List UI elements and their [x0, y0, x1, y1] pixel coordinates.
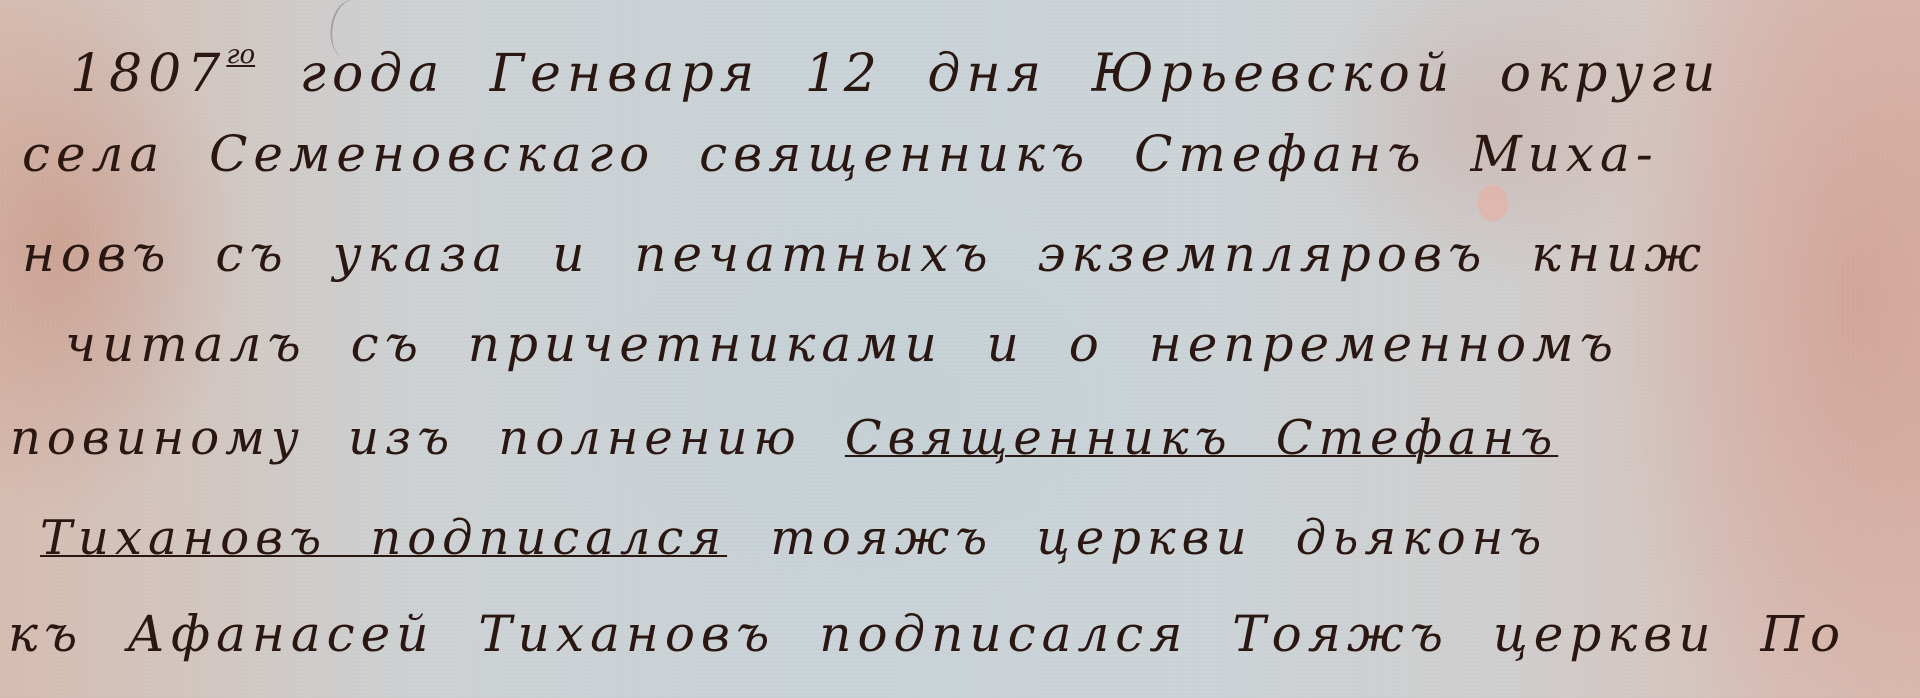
manuscript-line-4: читалъ съ причетниками и о непременномъ [65, 315, 1619, 373]
signature-continued: Тихановъ подписался [40, 510, 727, 566]
manuscript-line-3: новъ съ указа и печатныхъ экземпляровъ к… [22, 225, 1707, 283]
manuscript-line-2: села Семеновскаго священникъ Стефанъ Мих… [22, 125, 1659, 183]
line-text: села Семеновскаго священникъ Стефанъ Мих… [22, 125, 1659, 183]
line-text: читалъ съ причетниками и о непременномъ [65, 315, 1619, 373]
paper-stain [1478, 185, 1508, 221]
manuscript-line-1: 1807го года Генваря 12 дня Юрьевской окр… [70, 40, 1721, 104]
line-text: тояжъ церкви дьяконъ [770, 510, 1547, 566]
manuscript-line-7: къ Афанасей Тихановъ подписался Тояжъ це… [8, 605, 1846, 663]
year: 1807 [70, 44, 226, 104]
line-text: года Генваря 12 дня Юрьевской округи [300, 44, 1722, 104]
year-suffix: го [226, 40, 255, 70]
line-text: повиному изъ полнению [10, 410, 802, 466]
signature: Священникъ Стефанъ [845, 410, 1558, 466]
line-text: новъ съ указа и печатныхъ экземпляровъ к… [22, 225, 1707, 283]
line-text: къ Афанасей Тихановъ подписался Тояжъ це… [8, 605, 1846, 663]
manuscript-line-5: повиному изъ полнению Священникъ Стефанъ [10, 410, 1558, 466]
manuscript-line-6: Тихановъ подписался тояжъ церкви дьяконъ [40, 510, 1547, 566]
